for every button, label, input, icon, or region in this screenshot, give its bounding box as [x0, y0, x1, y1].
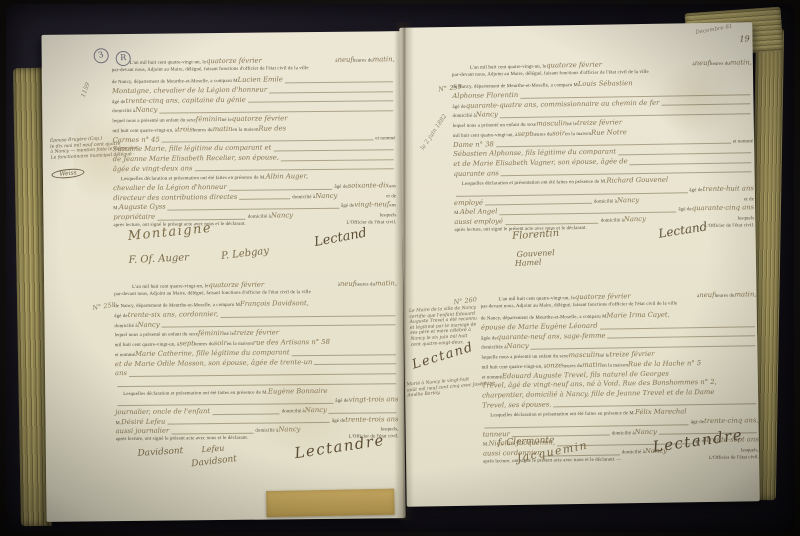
printed-form-text: âgé de [114, 314, 127, 319]
handwritten-entry: masculin [569, 351, 600, 359]
rule-line [273, 149, 393, 151]
handwritten-entry: Rue Notre [591, 128, 627, 137]
handwritten-entry: trente-cinq ans, capitaine du génie [125, 96, 245, 105]
right-page: Décembre 81 19 N° 259 le 2 juin 1882 L'a… [399, 22, 759, 506]
handwritten-entry: Désiré Lefeu [121, 417, 165, 425]
printed-form-text: lesquels, [741, 448, 759, 453]
printed-form-text: et nommé [482, 375, 502, 380]
handwritten-entry: François Davidsont, [240, 299, 309, 308]
printed-form-text: domicilié à [112, 109, 135, 114]
rule-line [239, 199, 290, 201]
printed-form-text: L'an mil huit cent quatre-vingt-un, le [130, 60, 206, 66]
handwritten-entry: et de Marie Odile Masson, son épouse, âg… [115, 358, 312, 368]
handwritten-entry: sept [518, 130, 533, 138]
handwritten-entry: Nancy [278, 426, 300, 434]
handwritten-entry: Albin Auger, [266, 172, 309, 180]
handwritten-entry: vingt-neuf [354, 201, 389, 209]
spacer [293, 216, 380, 217]
handwritten-entry: masculin [536, 119, 567, 127]
rule-line [171, 433, 253, 435]
signature: Lefeu [201, 443, 225, 454]
printed-form-text: né le [224, 332, 234, 337]
handwritten-entry: quarante ans [453, 169, 498, 178]
handwritten-entry: Carmes n° 45 [113, 135, 160, 143]
handwritten-entry: treize février [577, 118, 622, 127]
printed-form-text: en la maison [232, 127, 258, 132]
handwritten-entry: quatorze février [206, 57, 262, 66]
handwritten-entry: soir [214, 339, 227, 347]
printed-form-text: né le [599, 354, 609, 359]
handwritten-entry: Abel Angel [460, 208, 498, 217]
printed-form-text: né le [222, 118, 232, 123]
birth-act-259: L'an mil huit cent quatre-vingt-un, le q… [452, 58, 755, 237]
rule-line [157, 218, 246, 220]
handwritten-entry: treize février [234, 329, 279, 337]
handwritten-entry: quatorze février [546, 61, 602, 70]
printed-form-text: domiciliée à [481, 346, 506, 351]
spacer [639, 200, 744, 202]
rule-line [661, 104, 750, 106]
printed-form-text: âgé de [691, 420, 704, 425]
printed-form-text: lesquels [738, 216, 755, 221]
signature: Hamel [515, 258, 542, 268]
handwritten-entry: matin, [730, 58, 752, 66]
printed-form-text: heures du [194, 342, 214, 347]
pencil-date-note: Décembre 81 [695, 24, 733, 36]
handwritten-entry: Nancy [135, 106, 157, 114]
rule-line [281, 159, 394, 161]
printed-form-text: par-devant nous, Adjoint au Maire, délég… [114, 290, 311, 297]
printed-form-text: et de [386, 194, 396, 199]
printed-form-text: heures du [710, 62, 730, 67]
handwritten-entry: Marie Irma Cayet, [606, 311, 669, 320]
printed-form-text: L'an mil huit cent quatre-vingt-un, le [132, 284, 208, 290]
printed-form-text: Lesquelles déclaration et présentation o… [121, 176, 266, 183]
printed-form-text: lequel nous a présenté un enfant du sexe [112, 118, 195, 124]
handwritten-entry: matin, [375, 279, 397, 287]
repair-tape [266, 489, 394, 517]
handwritten-entry: Dame n° 38 [453, 140, 494, 149]
printed-form-text: âgé de [679, 208, 692, 213]
printed-form-text: laquelle nous a présenté un enfant du se… [481, 354, 568, 360]
printed-form-text: en la maison [227, 342, 253, 347]
printed-form-text: ans [389, 203, 396, 208]
rule-line [229, 188, 333, 190]
registry-book-photo: 3 R 1159 Épouse Brugère (Cap.)le dix mai… [0, 0, 800, 536]
handwritten-entry: neuf [695, 59, 710, 67]
handwritten-entry: Marie Catherine, fille légitime du compa… [135, 348, 290, 358]
printed-form-text: heures du [353, 58, 373, 63]
handwritten-entry: Suzanne Marie, fille légitime du compara… [113, 144, 272, 154]
handwritten-entry: matin [213, 125, 233, 133]
handwritten-entry: sept [179, 339, 194, 347]
printed-form-text: ans [389, 184, 396, 189]
handwritten-entry: Rue de la Hache n° 5 [628, 359, 701, 368]
handwritten-entry: neuf [340, 280, 355, 288]
handwritten-entry: vingt-trois ans [349, 395, 399, 404]
left-page: 3 R 1159 Épouse Brugère (Cap.)le dix mai… [41, 31, 405, 522]
handwritten-entry: Sébastien Alphonse, fils légitime du com… [453, 148, 616, 159]
spacer [301, 431, 381, 432]
handwritten-entry: Nancy [507, 342, 529, 350]
printed-form-text: L'Officier de l'état civil. [704, 223, 754, 229]
printed-form-text: et nommé [375, 136, 395, 141]
printed-form-text: de Nancy, département de Meurthe-et-Mose… [452, 83, 578, 90]
handwritten-entry: aussi employé [454, 217, 503, 226]
handwritten-entry: matin, [373, 55, 395, 63]
spacer [264, 286, 338, 287]
printed-form-text: et nommé [115, 353, 135, 358]
rule-line [269, 91, 393, 93]
handwritten-entry: Montaigne, chevalier de la Légion d'honn… [112, 86, 267, 96]
rule-line [285, 81, 393, 83]
handwritten-entry: Rue des [258, 124, 286, 132]
handwritten-entry: Lucien Emile [238, 76, 283, 84]
signature: F. Of. Auger [128, 252, 189, 266]
printed-form-text: né le [567, 122, 577, 127]
printed-form-text: âgé de [332, 418, 345, 423]
handwritten-entry: soir [552, 129, 565, 137]
handwritten-entry: quarante-neuf ans, sage-femme [497, 331, 606, 341]
handwritten-entry: quatorze février [575, 292, 631, 301]
printed-form-text: en la maison [602, 363, 628, 368]
handwritten-entry: aussi journalier [116, 427, 170, 436]
handwritten-entry: Félix Marechal [635, 408, 687, 417]
handwritten-entry: matin [582, 360, 602, 368]
rule-line [292, 354, 396, 356]
act-number: N° 258 [92, 301, 116, 312]
marginal-mention-text: Marié à Nancy le vingt-huitaoût mil neuf… [406, 376, 487, 400]
handwritten-entry: neuf [338, 56, 353, 64]
handwritten-entry: neuf [699, 291, 714, 299]
handwritten-entry: trente-huit ans [703, 184, 754, 193]
spacer [337, 197, 386, 198]
printed-form-text: domicilié à [114, 324, 137, 329]
handwritten-entry: Alphonse Florentin [452, 91, 518, 100]
printed-form-text: de Nancy, département de Meurthe-et-Mose… [112, 79, 238, 85]
handwritten-entry: Nancy [271, 211, 293, 219]
printed-form-text: par-devant nous, Adjoint au Maire, délég… [112, 66, 309, 73]
handwritten-entry: trente-cinq ans, [704, 416, 759, 425]
handwritten-entry: Nancy [617, 196, 639, 204]
printed-form-text: L'an mil huit cent quatre-vingt-un, le [499, 296, 575, 302]
handwritten-entry: chevalier de la Légion d'honneur [113, 183, 227, 192]
printed-form-text: âgé de [452, 105, 465, 110]
handwritten-entry: quatorze février [208, 281, 264, 290]
handwritten-entry: rue des Artisans n° 58 [253, 338, 330, 347]
handwritten-entry: Louis Sébastien [578, 80, 633, 89]
printed-form-text: en la maison [565, 132, 591, 137]
handwritten-entry: ans [115, 369, 127, 377]
printed-form-text: de Nancy, département de Meurthe-et-Mose… [114, 303, 240, 309]
pencil-number: 1159 [80, 82, 92, 99]
handwritten-entry: âgée de vingt-deux ans [113, 164, 193, 173]
handwritten-entry: treize février [609, 350, 654, 359]
printed-form-text: Lesquelles déclaration et présentation o… [123, 390, 268, 397]
handwritten-entry: Nancy [315, 191, 337, 199]
printed-form-text: mil huit cent quatre-vingt-un, à [453, 133, 518, 139]
marginal-mention-signature: Weiss [51, 168, 85, 180]
spacer [622, 459, 709, 460]
spacer [246, 223, 347, 224]
handwritten-entry: trois [177, 125, 193, 133]
handwritten-entry: Trevel, ses épouses. [482, 400, 551, 409]
birth-act-258: L'an mil huit cent quatre-vingt-un, le q… [114, 279, 399, 447]
handwritten-entry: directeur des contributions directes [113, 192, 237, 201]
printed-form-text: domicilié à [255, 429, 278, 434]
act-number: N° 260 [453, 295, 477, 306]
printed-form-text: L'Officier de l'état civil. [346, 220, 396, 226]
printed-form-text: mil huit cent quatre-vingt-un, à [115, 343, 180, 349]
printed-form-text: âgé de [334, 185, 347, 190]
handwritten-entry: Nancy [624, 215, 646, 223]
printed-form-text: de Nancy, département de Meurthe-et-Mose… [481, 315, 607, 322]
handwritten-entry: propriétaire [113, 213, 155, 221]
printed-form-text: âgé de [112, 100, 125, 105]
handwritten-entry: de Jeanne Marie Elisabeth Recelier, son … [113, 153, 279, 163]
handwritten-entry: Eugène Bonnaire [268, 386, 328, 395]
signature: Florentin [512, 228, 560, 242]
handwritten-entry: soixante-dix [348, 181, 390, 189]
handwritten-entry: quarante-cinq ans [692, 204, 754, 213]
printed-form-text: heures du [193, 128, 213, 133]
printed-form-text: domicilié à [453, 114, 476, 119]
archive-stamp-swirl-icon: 3 [92, 46, 111, 65]
printed-form-text: et nommé [733, 139, 753, 144]
printed-form-text: L'an mil huit cent quatre-vingt-un, le [470, 64, 546, 70]
printed-form-text: âgé de [335, 399, 348, 404]
handwritten-entry: trente-trois ans [345, 415, 398, 424]
signature: P. Lebgay [221, 246, 270, 262]
handwritten-entry: Auguste Gyss [119, 203, 166, 211]
printed-form-text: âgé de [689, 188, 702, 193]
printed-form-text: domicilié à [612, 431, 635, 436]
signature: Davidsont [191, 454, 238, 469]
printed-form-text: mil huit cent quatre-vingt-un, à [112, 128, 177, 134]
handwritten-entry: onze [546, 361, 562, 369]
handwritten-entry: féminin [196, 115, 222, 123]
printed-form-text: lequel nous a présenté un enfant du sexe [453, 123, 536, 129]
rule-line [329, 412, 397, 414]
folio-number: 19 [739, 34, 749, 43]
spacer [262, 62, 336, 63]
printed-form-text: heures du [715, 294, 735, 299]
rule-line [212, 413, 280, 415]
printed-form-text: heures du [562, 364, 582, 369]
birth-act-257: L'an mil huit cent quatre-vingt-un, le q… [112, 55, 397, 232]
spacer [602, 65, 693, 66]
printed-form-text: âgée de [481, 336, 497, 341]
handwritten-entry: quatorze février [232, 114, 288, 123]
printed-form-text: domicilié à [622, 450, 645, 455]
signature: Davidsont [137, 446, 183, 459]
printed-form-text: après lecture, ont signé le présent acte… [116, 436, 248, 442]
printed-form-text: lesquels [380, 213, 397, 218]
spacer [631, 297, 698, 298]
handwritten-entry: Nancy [635, 427, 657, 435]
printed-form-text: domicilié à [594, 199, 617, 204]
printed-form-text: domicilié à [282, 409, 305, 414]
marginal-mention-addendum: Marié à Nancy le vingt-huitaoût mil neuf… [406, 376, 487, 400]
printed-form-text: domicilié à [292, 195, 315, 200]
handwritten-entry: Nancy [138, 320, 160, 328]
rule-line [505, 222, 599, 224]
rule-line [314, 363, 396, 365]
handwritten-entry: Nancy [305, 406, 327, 414]
printed-form-text: heures du [532, 132, 552, 137]
printed-form-text: domicilié à [601, 218, 624, 223]
handwritten-entry: trente-six ans, cordonnier, [128, 310, 219, 319]
handwritten-entry: journalier, oncle de l'enfant [115, 407, 210, 416]
printed-form-text: heures du [355, 282, 375, 287]
printed-form-text: L'Officier de l'état civil. [709, 455, 759, 461]
handwritten-entry: Richard Gouvenel [606, 176, 668, 185]
handwritten-entry: Nancy [476, 111, 498, 119]
handwritten-entry: féminin [198, 329, 224, 337]
handwritten-entry: employé [454, 198, 483, 206]
pencil-margin-note: le 2 juin 1882 [419, 113, 448, 152]
handwritten-entry: épouse de Marie Eugène Léonard [481, 322, 598, 332]
printed-form-text: lequel nous a présenté un enfant du sexe [115, 333, 198, 339]
printed-form-text: domicilié à [248, 214, 271, 219]
handwritten-entry: matin, [734, 290, 756, 298]
rule-line [248, 101, 393, 104]
handwritten-entry: Edouard Auguste Trevel, fils naturel de … [502, 369, 669, 380]
printed-form-text: et de [744, 197, 754, 202]
printed-form-text: mil huit cent quatre-vingt-un, à [482, 364, 547, 370]
printed-form-text: âgé de [341, 204, 354, 209]
